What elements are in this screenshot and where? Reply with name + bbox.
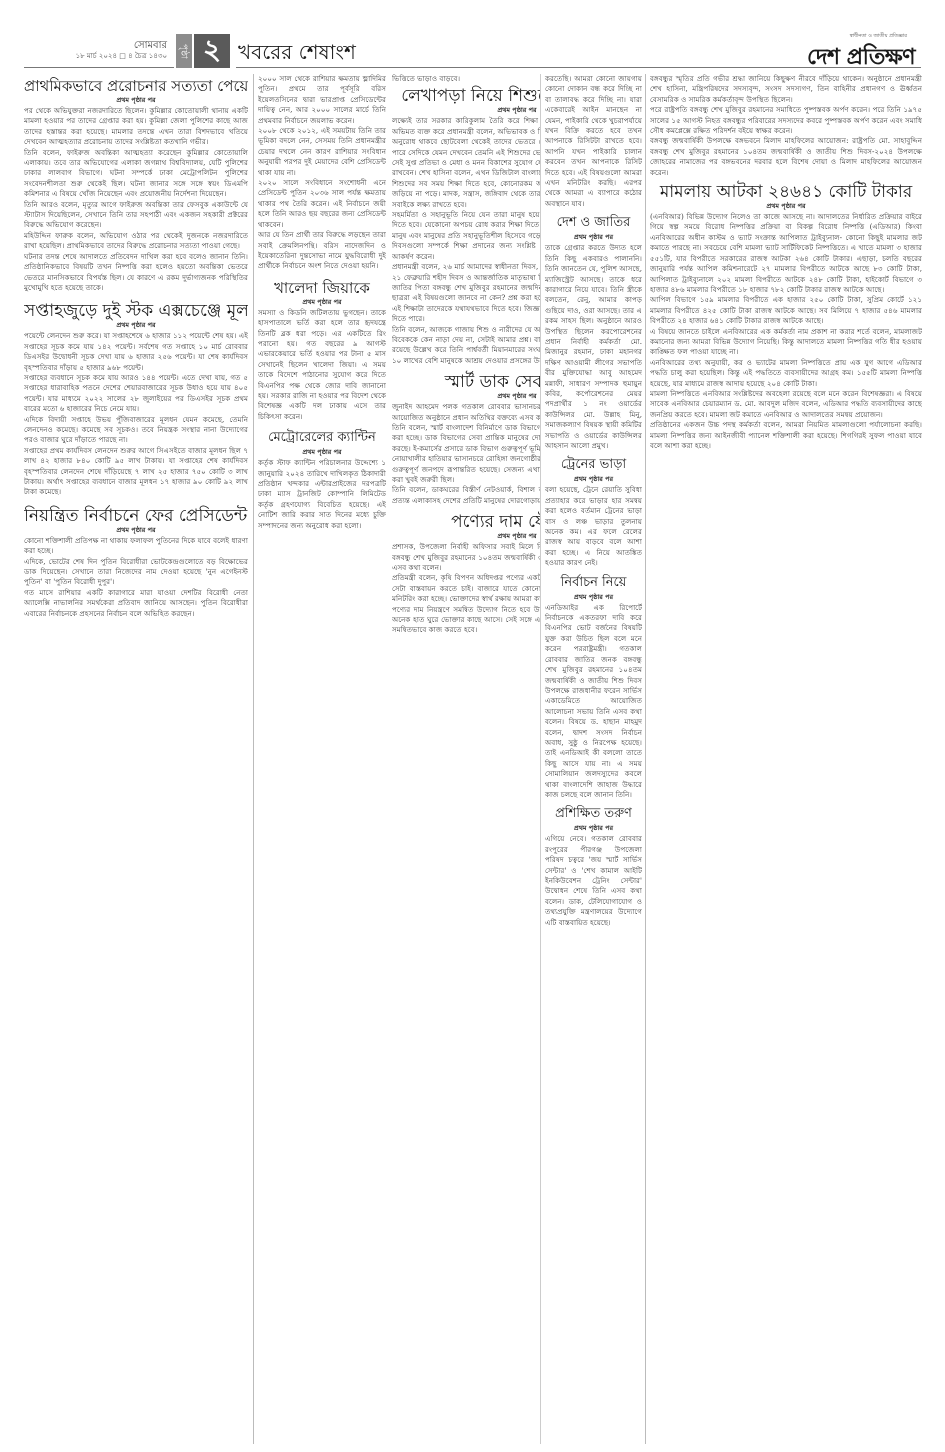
article-headline: নিয়ন্ত্রিত নির্বাচনে ফের প্রেসিডেন্ট হচ… xyxy=(24,506,248,526)
article-paragraph: সপ্তাহের প্রথম কার্যদিবস লেনদেন শুরুর আগ… xyxy=(24,446,248,498)
article-paragraph: কর্তৃক স্টাফ ক্যান্টিন পরিচালনার উদ্দেশ্… xyxy=(258,458,386,531)
article-paragraph: বঙ্গবন্ধুর স্মৃতির প্রতি গভীর শ্রদ্ধা জা… xyxy=(650,74,922,105)
article-paragraph: সমস্যা ও কিডনি জটিলতায় ভুগছেন। তাকে হাস… xyxy=(258,308,386,422)
article-paragraph: আপিল বিভাগে ১৫৯ মামলার বিপরীতে এক হাজার … xyxy=(650,295,922,326)
continued-label: প্রথম পৃষ্ঠার পর xyxy=(545,824,642,833)
article-paragraph: মহিউদ্দিন ফারুক বলেন, অভিযোগ ওঠার পর থেক… xyxy=(24,231,248,252)
article-paragraph: এ বিষয়ে জানতে চাইলে এনবিআরের এক কর্মকর্… xyxy=(650,327,922,358)
article-paragraph: এগিয়ে নেবে। গতকাল রোববার রংপুরের পীরগঞ্… xyxy=(545,834,642,928)
article-paragraph: মামলা নিষ্পত্তিতে এনবিআর সংশ্লিষ্টদের অব… xyxy=(650,389,922,420)
masthead: সোমবার ১৮ মার্চ ২০২৪ □ ৪ চৈত্র ১৪৩০ পৃষ্… xyxy=(0,0,945,66)
article-paragraph: ঘটনার তদন্ত শেষে আদালতে প্রতিবেদন দাখিল … xyxy=(24,252,248,294)
article-paragraph: আর যে তিন প্রার্থী তার বিরুদ্ধে লড়ছেন ত… xyxy=(258,230,386,272)
article-paragraph: তিনি আরও বলেন, মৃত্যুর আগে ফাইরুজ অবন্তি… xyxy=(24,200,248,231)
continued-label: প্রথম পৃষ্ঠার পর xyxy=(24,526,248,535)
continued-label: প্রথম পৃষ্ঠার পর xyxy=(258,298,386,307)
article-paragraph: তাকে গ্রেপ্তার করতে উদ্যত হলে তিনি কিছু … xyxy=(545,243,642,451)
article-paragraph: কোনো শক্তিশালী প্রতিপক্ষ না থাকায় ফলাফল… xyxy=(24,536,248,557)
article-procharona: প্রাথমিকভাবে প্ররোচনার সত্যতা পেয়েছে প্… xyxy=(24,76,248,293)
article-headline: খালেদা জিয়াকে xyxy=(258,278,386,298)
article-headline: মামলায় আটকা ২৪৬৪১ কোটি টাকার xyxy=(650,182,922,202)
article-shop-continued: করতেছি। আমরা কোনো জায়গায় কোনো দোকান বন… xyxy=(545,74,642,209)
article-training-continued: বঙ্গবন্ধুর স্মৃতির প্রতি গভীর শ্রদ্ধা জা… xyxy=(650,74,922,178)
article-paragraph: করতেছি। আমরা কোনো জায়গায় কোনো দোকান বন… xyxy=(545,74,642,209)
continued-label: প্রথম পৃষ্ঠার পর xyxy=(545,233,642,242)
article-torun: প্রশিক্ষিত তরুণ প্রথম পৃষ্ঠার পর এগিয়ে … xyxy=(545,804,642,928)
article-election: নির্বাচন নিয়ে প্রথম পৃষ্ঠার পর এনডিআইর … xyxy=(545,573,642,801)
column-divider xyxy=(253,74,254,1444)
article-paragraph: ২০০০ সাল থেকে রাশিয়ার ক্ষমতায় ভ্লাদিমি… xyxy=(258,74,386,126)
article-paragraph: এনবিআরের তথ্য অনুযায়ী, কর ও ভ্যাটের মাম… xyxy=(650,358,922,389)
article-train: ট্রেনের ভাড়া প্রথম পৃষ্ঠার পর বলা হয়েছ… xyxy=(545,455,642,568)
issue-date: ১৮ মার্চ ২০২৪ □ ৪ চৈত্র ১৪৩০ xyxy=(76,50,167,62)
article-paragraph: এদিকে বিদায়ী সপ্তাহে উভয় পুঁজিবাজারের … xyxy=(24,415,248,446)
article-headline: সপ্তাহজুড়ে দুই স্টক এক্সচেঞ্জে মূলধন xyxy=(24,301,248,321)
article-headline: প্রশিক্ষিত তরুণ xyxy=(545,804,642,824)
article-paragraph: গত মাসে রাশিয়ার একটি কারাগারে মারা যাওয… xyxy=(24,588,248,619)
article-paragraph: এদিকে, ভোটের শেষ দিন পুতিন বিরোধীরা ভোটক… xyxy=(24,557,248,588)
article-paragraph: পয়েন্টে লেনদেন শুরু করে। যা সপ্তাহশেষে … xyxy=(24,331,248,373)
article-paragraph: পরে রাষ্ট্রপতি বঙ্গবন্ধু শেখ মুজিবুর রহম… xyxy=(650,105,922,136)
continued-label: প্রথম পৃষ্ঠার পর xyxy=(24,321,248,330)
column-right: বঙ্গবন্ধুর স্মৃতির প্রতি গভীর শ্রদ্ধা জা… xyxy=(650,74,922,1444)
article-headline: প্রাথমিকভাবে প্ররোচনার সত্যতা পেয়েছে xyxy=(24,76,248,96)
article-paragraph: ২০০৮ থেকে ২০১২, এই সময়টায় তিনি তার ভূম… xyxy=(258,126,386,178)
article-desh-jati: দেশ ও জাতির প্রথম পৃষ্ঠার পর তাকে গ্রেপ্… xyxy=(545,213,642,451)
masthead-rule xyxy=(236,67,921,68)
continued-label: প্রথম পৃষ্ঠার পর xyxy=(24,96,248,105)
column-divider xyxy=(645,74,646,1444)
continued-label: প্রথম পৃষ্ঠার পর xyxy=(258,448,386,457)
article-paragraph: সপ্তাহের ব্যবধানে সূচক কমে যায় আরও ১৪৪ … xyxy=(24,373,248,415)
article-paragraph: এনডিআইর এক রিপোর্টে নির্বাচনকে একতরফা দা… xyxy=(545,603,642,801)
article-paragraph: পর থেকে অভিযুক্তরা নজরদারিতে ছিলেন। কুমি… xyxy=(24,106,248,148)
column-mid-right: করতেছি। আমরা কোনো জায়গায় কোনো দোকান বন… xyxy=(540,74,642,1444)
continued-label: প্রথম পৃষ্ঠার পর xyxy=(545,593,642,602)
page-label: পৃষ্ঠা xyxy=(176,34,192,68)
article-headline: নির্বাচন নিয়ে xyxy=(545,573,642,593)
article-paragraph: ২০২০ সালে সংবিধানে সংশোধনী এনে প্রেসিডেন… xyxy=(258,178,386,230)
article-paragraph: বলা হয়েছে, ট্রেনে রেয়াতি সুবিধা প্রত্য… xyxy=(545,485,642,568)
article-headline: মেট্রোরেলের ক্যান্টিন xyxy=(258,428,386,448)
column-2: ২০০০ সাল থেকে রাশিয়ার ক্ষমতায় ভ্লাদিমি… xyxy=(258,74,386,1444)
continued-label: প্রথম পৃষ্ঠার পর xyxy=(545,475,642,484)
article-khaleda: খালেদা জিয়াকে প্রথম পৃষ্ঠার পর সমস্যা ও… xyxy=(258,278,386,422)
article-putin: নিয়ন্ত্রিত নির্বাচনে ফের প্রেসিডেন্ট হচ… xyxy=(24,506,248,619)
article-paragraph: প্রতিষ্ঠানের একজন উচ্চ পদস্থ কর্মকর্তা ব… xyxy=(650,420,922,451)
article-president: মামলায় আটকা ২৪৬৪১ কোটি টাকার প্রথম পৃষ্… xyxy=(650,182,922,451)
column-1: প্রাথমিকভাবে প্ররোচনার সত্যতা পেয়েছে প্… xyxy=(24,74,248,1444)
continued-label: প্রথম পৃষ্ঠার পর xyxy=(650,202,922,211)
article-metrorail: মেট্রোরেলের ক্যান্টিন প্রথম পৃষ্ঠার পর ক… xyxy=(258,428,386,531)
page-number: ২ xyxy=(194,34,230,68)
article-headline: দেশ ও জাতির xyxy=(545,213,642,233)
article-paragraph: বঙ্গবন্ধু জন্মবার্ষিকী উপলক্ষে বঙ্গভবনে … xyxy=(650,136,922,178)
article-stock: সপ্তাহজুড়ে দুই স্টক এক্সচেঞ্জে মূলধন প্… xyxy=(24,301,248,498)
masthead-rule xyxy=(24,67,174,68)
article-putin-continued: ২০০০ সাল থেকে রাশিয়ার ক্ষমতায় ভ্লাদিমি… xyxy=(258,74,386,272)
brand-logo: দেশ প্রতিক্ষণ xyxy=(807,40,915,77)
article-headline: ট্রেনের ভাড়া xyxy=(545,455,642,475)
article-paragraph: তিনি বলেন, ফাইরুজ অবন্তিকা আত্মহত্যা করে… xyxy=(24,148,248,200)
article-paragraph: (এনবিআর) বিভিন্ন উদ্যোগ নিলেও তা কাজে আস… xyxy=(650,212,922,295)
